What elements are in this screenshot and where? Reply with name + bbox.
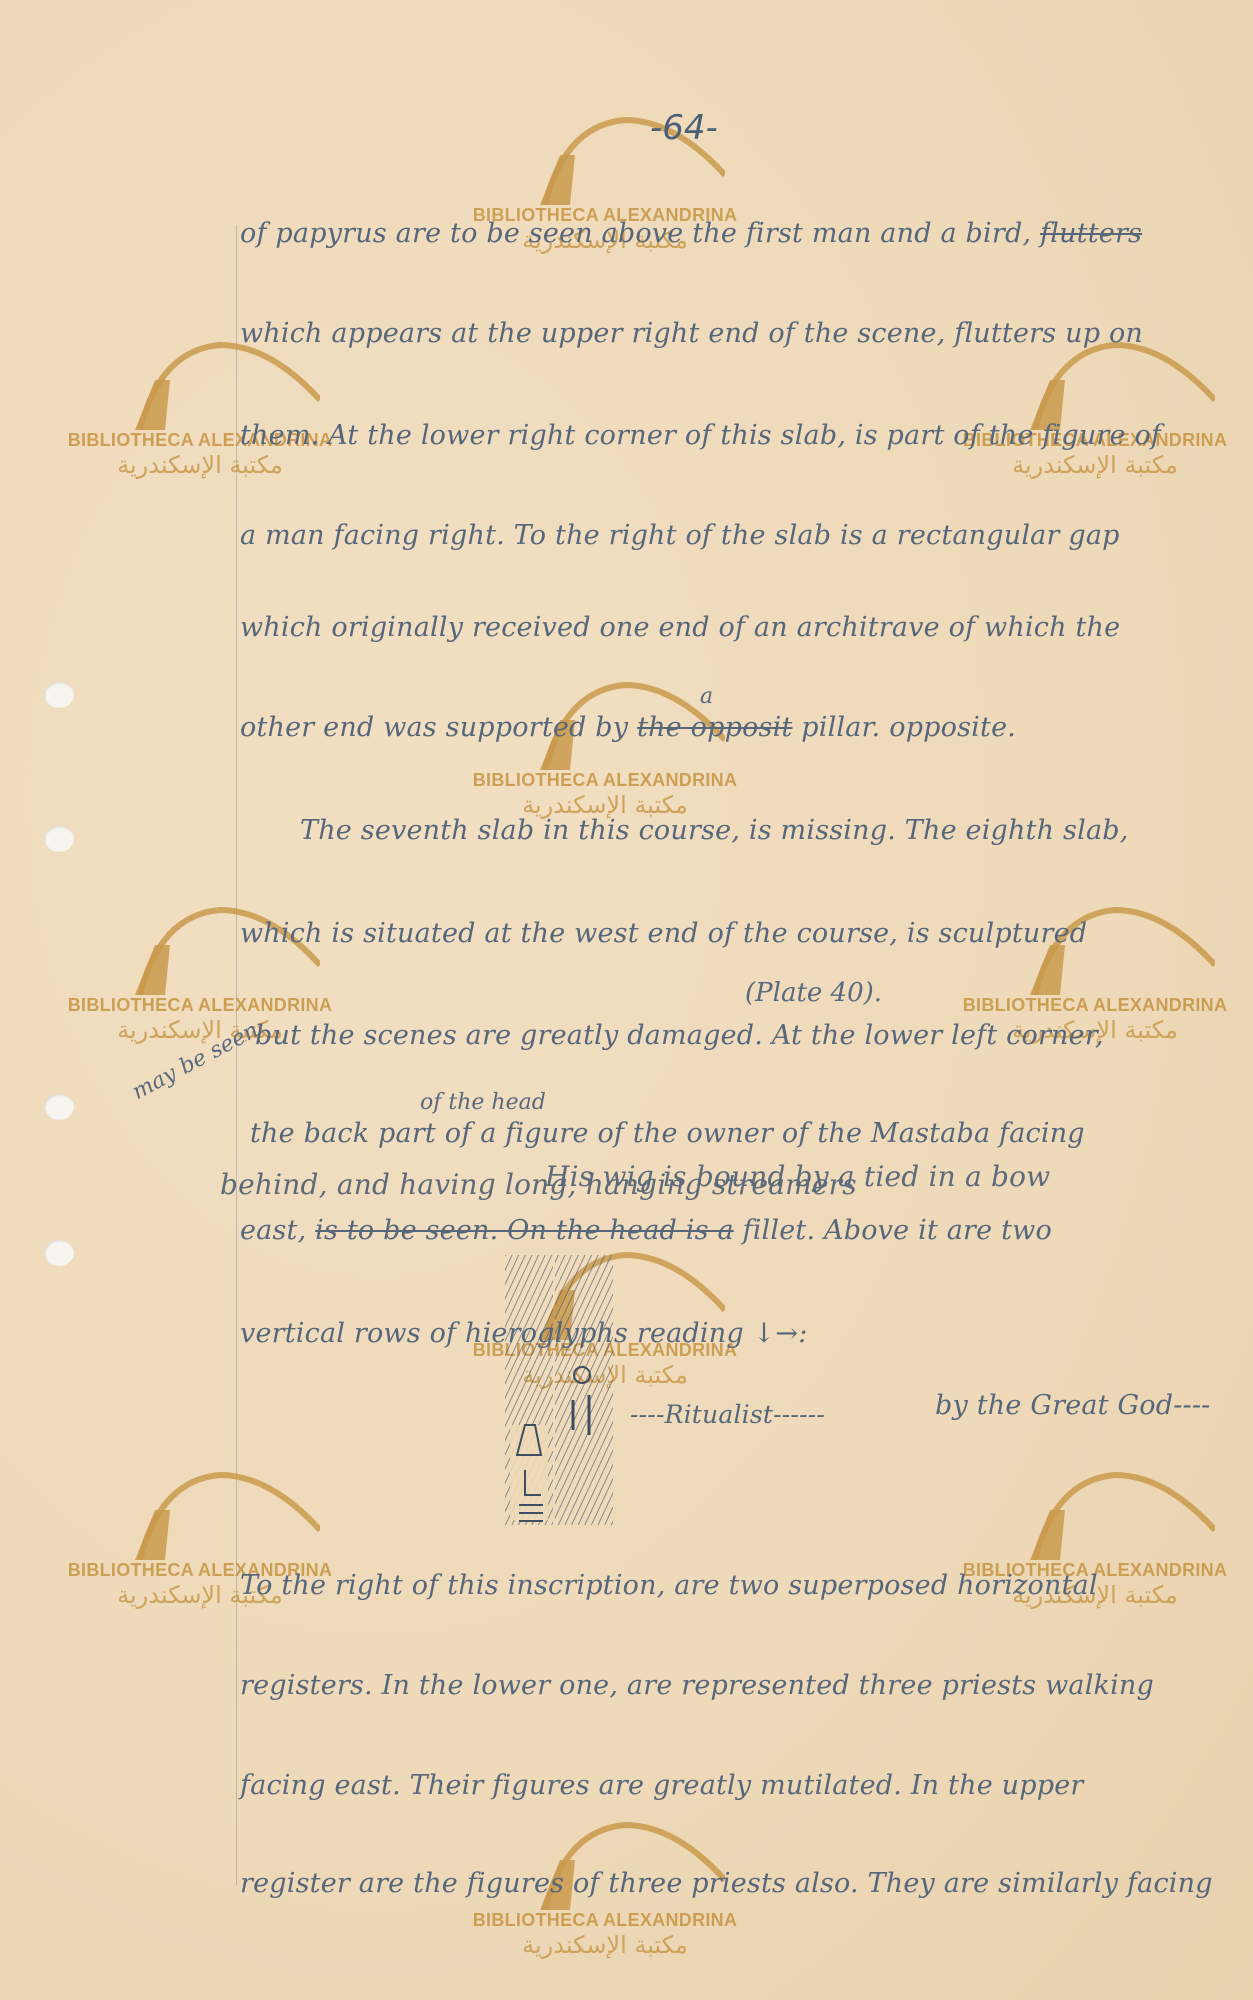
struck-text: the opposit (637, 712, 792, 743)
figure-caption-left: ----Ritualist------ (630, 1400, 825, 1429)
manuscript-line: a man facing right. To the right of the … (240, 520, 1120, 551)
manuscript-line: but the scenes are greatly damaged. At t… (255, 1020, 1104, 1051)
interlinear-insert: a (700, 684, 713, 709)
watermark-text-en: BIBLIOTHECA ALEXANDRINA (60, 995, 340, 1016)
manuscript-line: the back part of a figure of the owner o… (250, 1118, 1085, 1149)
watermark-text-en: BIBLIOTHECA ALEXANDRINA (465, 1910, 745, 1931)
plate-reference: (Plate 40). (745, 978, 882, 1008)
manuscript-line: other end was supported by the opposit p… (240, 712, 1016, 743)
line-text: pillar. opposite. (792, 712, 1016, 743)
watermark-text-ar: مكتبة الإسكندرية (465, 1931, 745, 1959)
line-text: east, (240, 1215, 315, 1246)
manuscript-line: east, is to be seen. On the head is a fi… (240, 1215, 1052, 1246)
struck-text: flutters (1040, 218, 1142, 249)
manuscript-line: facing east. Their figures are greatly m… (240, 1770, 1084, 1801)
punch-hole (44, 826, 74, 852)
punch-hole (44, 1240, 74, 1266)
hieroglyph-sketch (505, 1255, 615, 1525)
punch-hole (44, 682, 74, 708)
line-text: of papyrus are to be seen above the firs… (240, 218, 1031, 249)
watermark-text-en: BIBLIOTHECA ALEXANDRINA (465, 770, 745, 791)
watermark-text-ar: مكتبة الإسكندرية (60, 451, 340, 479)
line-text: fillet. Above it are two (734, 1215, 1052, 1246)
manuscript-line: which is situated at the west end of the… (240, 918, 1087, 949)
manuscript-line: of papyrus are to be seen above the firs… (240, 218, 1142, 249)
page-number: -64- (650, 108, 718, 148)
arch-logo-icon (80, 1470, 320, 1560)
punch-hole (44, 1094, 74, 1120)
manuscript-line: which originally received one end of an … (240, 612, 1120, 643)
manuscript-line: The seventh slab in this course, is miss… (300, 815, 1129, 846)
arch-logo-icon (80, 340, 320, 430)
figure-caption-right: by the Great God---- (935, 1390, 1211, 1421)
interlinear-addition: His wig is bound by a tied in a bow (545, 1160, 1050, 1193)
margin-rule (236, 225, 237, 1885)
watermark: BIBLIOTHECA ALEXANDRINA مكتبة الإسكندرية (955, 340, 1235, 479)
interlinear-insert: of the head (420, 1090, 546, 1115)
arch-logo-icon (975, 1470, 1215, 1560)
watermark-text-ar: مكتبة الإسكندرية (955, 451, 1235, 479)
manuscript-line: which appears at the upper right end of … (240, 318, 1143, 349)
margin-insert: may be seen (128, 1018, 262, 1105)
line-text: other end was supported by (240, 712, 637, 743)
arch-logo-icon (975, 340, 1215, 430)
watermark: BIBLIOTHECA ALEXANDRINA مكتبة الإسكندرية (60, 340, 340, 479)
struck-text: is to be seen. On the head is a (315, 1215, 734, 1246)
manuscript-line: To the right of this inscription, are tw… (240, 1570, 1098, 1601)
manuscript-line: register are the figures of three priest… (240, 1868, 1213, 1899)
manuscript-line: them. At the lower right corner of this … (240, 420, 1161, 451)
manuscript-line: registers. In the lower one, are represe… (240, 1670, 1154, 1701)
watermark-text-en: BIBLIOTHECA ALEXANDRINA (955, 995, 1235, 1016)
